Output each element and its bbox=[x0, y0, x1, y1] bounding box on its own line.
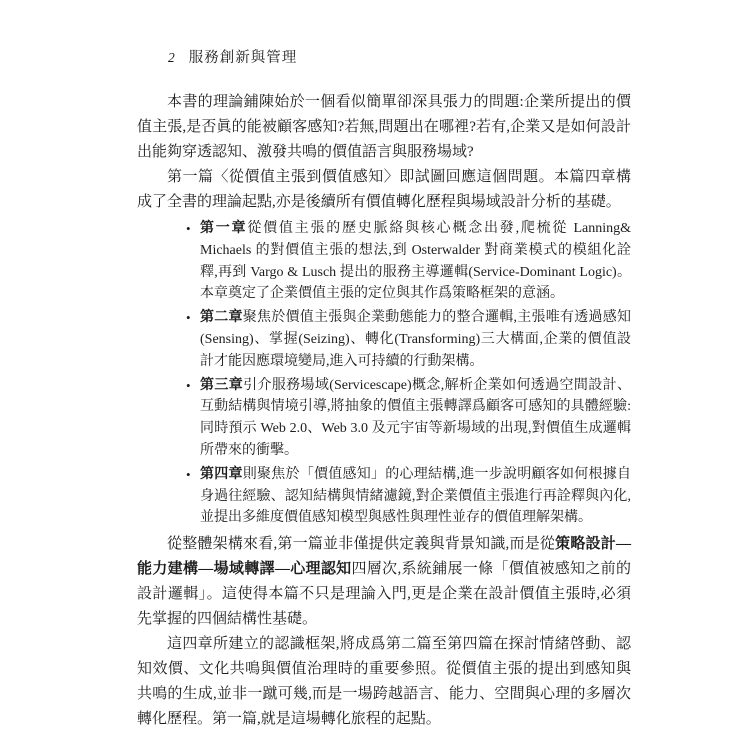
book-title: 服務創新與管理 bbox=[189, 50, 298, 66]
running-head: 2服務創新與管理 bbox=[168, 46, 297, 67]
chapter-label: 第一章 bbox=[200, 221, 247, 236]
book-page: 2服務創新與管理 本書的理論鋪陳始於一個看似簡單卻深具張力的問題:企業所提出的價… bbox=[0, 0, 750, 750]
paragraph-framework: 從整體架構來看,第一篇並非僅提供定義與背景知識,而是從策略設計—能力建構—場域轉… bbox=[137, 532, 631, 632]
chapter-label: 第二章 bbox=[200, 310, 243, 325]
paragraph-intro: 本書的理論鋪陳始於一個看似簡單卻深具張力的問題:企業所提出的價值主張,是否眞的能… bbox=[137, 90, 631, 165]
paragraph-part-one: 第一篇〈從價值主張到價值感知〉即試圖回應這個問題。本篇四章構成了全書的理論起點,… bbox=[137, 165, 631, 215]
framework-pre: 從整體架構來看,第一篇並非僅提供定義與背景知識,而是從 bbox=[167, 536, 555, 552]
list-item: 第二章聚焦於價值主張與企業動態能力的整合邏輯,主張唯有透過感知(Sensing)… bbox=[200, 307, 631, 372]
page-number: 2 bbox=[168, 50, 175, 65]
body-text: 本書的理論鋪陳始於一個看似簡單卻深具張力的問題:企業所提出的價值主張,是否眞的能… bbox=[137, 90, 631, 732]
list-item: 第一章從價值主張的歷史脈絡與核心概念出發,爬梳從 Lanning& Michae… bbox=[200, 218, 631, 305]
chapter-description: 聚焦於價值主張與企業動態能力的整合邏輯,主張唯有透過感知(Sensing)、掌握… bbox=[200, 310, 631, 369]
chapter-description: 則聚焦於「價值感知」的心理結構,進一步說明顧客如何根據自身過往經驗、認知結構與情… bbox=[200, 467, 631, 526]
chapter-description: 從價值主張的歷史脈絡與核心概念出發,爬梳從 Lanning& Michaels … bbox=[200, 221, 631, 301]
list-item: 第四章則聚焦於「價值感知」的心理結構,進一步說明顧客如何根據自身過往經驗、認知結… bbox=[200, 464, 631, 529]
chapter-label: 第三章 bbox=[200, 378, 243, 393]
paragraph-closing: 這四章所建立的認識框架,將成爲第二篇至第四篇在探討情緒啓動、認知效價、文化共鳴與… bbox=[137, 632, 631, 732]
chapter-label: 第四章 bbox=[200, 467, 243, 482]
list-item: 第三章引介服務場域(Servicescape)概念,解析企業如何透過空間設計、互… bbox=[200, 375, 631, 462]
chapter-bullet-list: 第一章從價值主張的歷史脈絡與核心概念出發,爬梳從 Lanning& Michae… bbox=[137, 218, 631, 529]
chapter-description: 引介服務場域(Servicescape)概念,解析企業如何透過空間設計、互動結構… bbox=[200, 378, 631, 458]
